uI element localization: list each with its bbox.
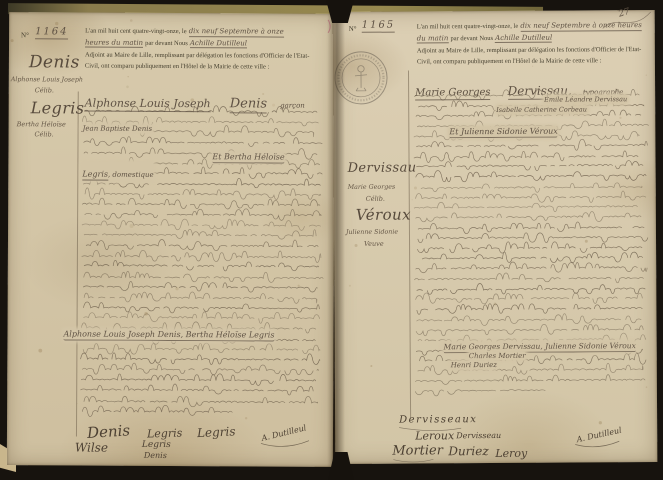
margin-bride-surname: Véroux	[356, 206, 411, 224]
signature: Legris	[197, 424, 236, 440]
margin-bride-given: Julienne Sidonie	[346, 229, 398, 236]
header-printed-2: par devant Nous	[450, 35, 493, 42]
margin-bride-status: Veuve	[364, 240, 384, 248]
signature: Legris	[142, 440, 171, 450]
header-printed-4: Civil, ont comparu publiquement en l'Hôt…	[417, 58, 601, 66]
father-name-fragment: Jean Baptiste Denis	[83, 125, 153, 133]
header-printed-3: Adjoint au Maire de Lille, remplissant p…	[85, 51, 309, 59]
signature: Legris	[147, 426, 183, 440]
act-header: L'an mil huit cent quatre-vingt-onze, le…	[417, 20, 653, 69]
header-printed-1: L'an mil huit cent quatre-vingt-onze, le	[417, 23, 519, 31]
signature: Duriez	[448, 444, 488, 458]
signature: Leroy	[495, 447, 527, 460]
header-printed-1: L'an mil huit cent quatre-vingt-onze, le	[85, 28, 187, 36]
act-number-label: N°	[349, 25, 357, 33]
signature: Dervisseau	[456, 431, 501, 440]
margin-groom-status: Célib.	[366, 195, 385, 203]
book-spine-shadow	[327, 10, 345, 467]
act-number: 1164	[35, 26, 69, 39]
groom-name-line: Alphonse Louis Joseph Denis garçon	[85, 92, 305, 112]
bride-intro-fragment: Et Bertha Héloïse	[212, 152, 284, 163]
act-number-label: N°	[21, 31, 29, 39]
bride-intro-fragment: Et Julienne Sidonie Véroux	[449, 127, 557, 138]
act-number: 1165	[362, 20, 396, 33]
father-name-fragment: Émile Léandre Dervissau	[544, 95, 627, 104]
margin-bride-surname: Legris	[31, 98, 85, 117]
bride-surname-fragment: Legris, domestique	[82, 162, 153, 181]
groom-given-names: Marie Georges	[415, 87, 491, 100]
bride-surname-text: Legris	[82, 170, 108, 181]
signature: Denis	[144, 451, 167, 460]
margin-groom-surname: Dervissau	[348, 160, 417, 175]
margin-rule	[76, 92, 79, 437]
groom-given-names: Alphonse Louis Joseph	[85, 97, 211, 112]
header-officer-name: Achille Dutilleul	[495, 33, 552, 43]
mother-name-fragment: Isabelle Catherine Corbeau	[496, 105, 587, 114]
header-time-written: du matin	[417, 34, 449, 44]
scanned-register-spread: N° 1164 Denis Alphonse Louis Joseph Céli…	[0, 0, 663, 480]
header-printed-4: Civil, ont comparu publiquement en l'Hôt…	[85, 63, 269, 71]
header-printed-2: par devant Nous	[145, 40, 188, 47]
signature: Mortier	[392, 443, 443, 458]
margin-bride-given: Bertha Héloïse	[17, 120, 66, 128]
page-corner-number: 27	[617, 7, 631, 20]
signature-flourish	[393, 459, 433, 462]
witness-name-fragment: Henri Duriez	[451, 361, 497, 369]
groom-status-note: garçon	[280, 102, 305, 110]
margin-bride-status: Célib.	[35, 130, 54, 138]
margin-groom-status: Célib.	[35, 86, 54, 94]
margin-rule	[408, 71, 411, 419]
margin-groom-given: Alphonse Louis Joseph	[11, 76, 83, 83]
officer-signature: A. Dutilleul	[261, 423, 308, 443]
groom-surname: Denis	[230, 96, 267, 113]
signature: Denis	[86, 421, 130, 442]
witness-name-fragment: Charles Mortier	[469, 352, 526, 360]
header-time-written: heures du matin	[85, 38, 143, 48]
signature: Dervisseaux	[399, 414, 477, 425]
header-officer-name: Achille Dutilleul	[190, 39, 247, 49]
header-date-written: dix neuf Septembre à onze heures	[520, 21, 642, 31]
act-header: L'an mil huit cent quatre-vingt-onze, le…	[85, 26, 333, 74]
bride-note-text: , domestique	[108, 171, 154, 179]
couple-names-fragment: Marie Georges Dervissau, Julienne Sidoni…	[444, 341, 636, 353]
officer-signature: A. Dutilleul	[576, 426, 623, 445]
couple-names-fragment: Alphonse Louis Joseph Denis, Bertha Hélo…	[63, 329, 274, 341]
margin-groom-surname: Denis	[29, 52, 80, 72]
register-page-right: 27 N° 1165 Dervissau Marie Georges Célib…	[333, 10, 658, 464]
signature: Leroux	[415, 429, 454, 442]
register-page-left: N° 1164 Denis Alphonse Louis Joseph Céli…	[7, 12, 335, 467]
margin-groom-given: Marie Georges	[348, 184, 396, 191]
header-date-written: dix neuf Septembre à onze	[189, 27, 284, 37]
signature: Wilse	[75, 440, 108, 454]
handwriting-lines-layer	[333, 10, 658, 464]
header-printed-3: Adjoint au Maire de Lille, remplissant p…	[417, 46, 641, 54]
